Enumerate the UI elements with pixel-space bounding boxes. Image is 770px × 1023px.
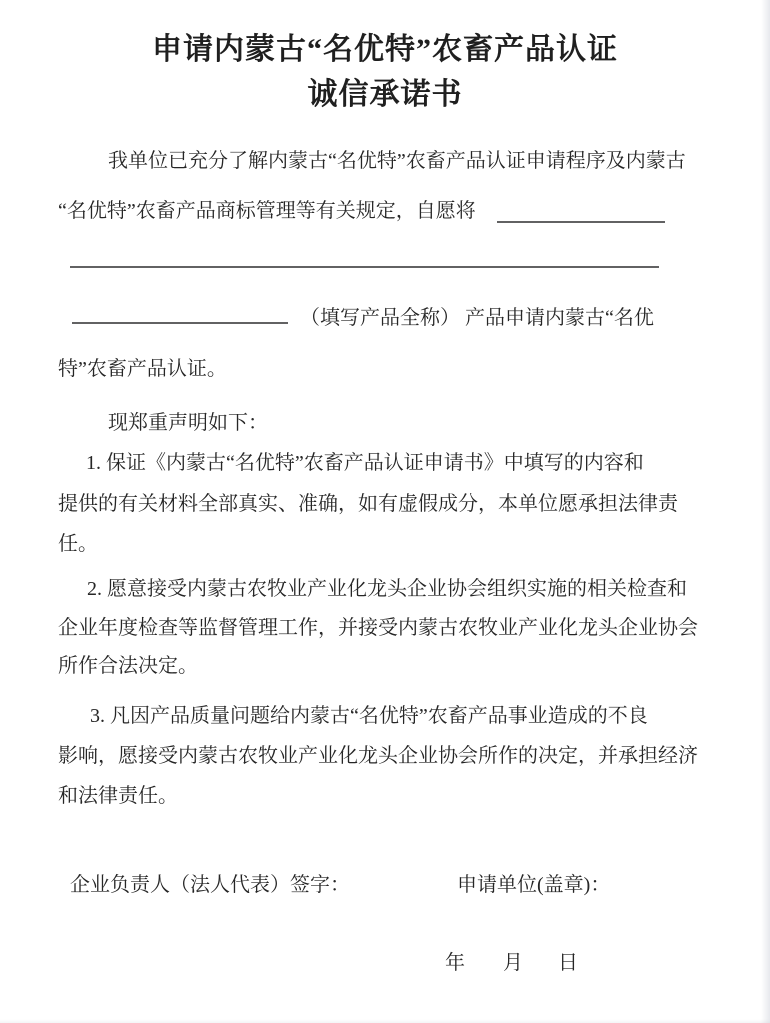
declaration-item-1-line-2: 提供的有关材料全部真实、准确，如有虚假成分，本单位愿承担法律责	[58, 491, 678, 517]
scan-edge-shadow-right	[761, 0, 770, 1023]
declaration-item-2-line-3: 所作合法决定。	[58, 653, 198, 679]
scan-edge-shadow-bottom	[0, 1019, 770, 1023]
declaration-item-3-line-3: 和法律责任。	[58, 783, 178, 809]
declaration-item-2-line-2: 企业年度检查等监督管理工作，并接受内蒙古农牧业产业化龙头企业协会	[58, 615, 698, 641]
declaration-item-1-line-1: 1. 保证《内蒙古“名优特”农畜产品认证申请书》中填写的内容和	[86, 450, 644, 476]
declaration-item-1-line-3: 任。	[58, 531, 98, 557]
declaration-heading: 现郑重声明如下：	[108, 410, 268, 436]
date-month-label: 月	[503, 950, 523, 976]
product-name-blank-line-1	[497, 221, 665, 223]
responsible-person-signature-label: 企业负责人（法人代表）签字：	[70, 872, 350, 898]
date-year-label: 年	[445, 950, 465, 976]
intro-paragraph-line-1: 我单位已充分了解内蒙古“名优特”农畜产品认证申请程序及内蒙古	[108, 148, 686, 174]
declaration-item-3-line-2: 影响，愿接受内蒙古农牧业产业化龙头企业协会所作的决定，并承担经济	[58, 743, 698, 769]
document-title-line-1: 申请内蒙古“名优特”农畜产品认证	[0, 24, 770, 68]
product-fill-note-continuation: 特”农畜产品认证。	[58, 356, 227, 382]
product-name-blank-line-2	[70, 266, 659, 268]
document-title-line-2: 诚信承诺书	[0, 69, 770, 113]
declaration-item-3-line-1: 3. 凡因产品质量问题给内蒙古“名优特”农畜产品事业造成的不良	[90, 703, 648, 729]
scanned-commitment-letter-page: 申请内蒙古“名优特”农畜产品认证 诚信承诺书 我单位已充分了解内蒙古“名优特”农…	[0, 0, 770, 1023]
date-day-label: 日	[558, 950, 578, 976]
product-name-blank-line-3	[72, 322, 288, 324]
declaration-item-2-line-1: 2. 愿意接受内蒙古农牧业产业化龙头企业协会组织实施的相关检查和	[87, 576, 687, 602]
intro-paragraph-line-2: “名优特”农畜产品商标管理等有关规定，自愿将	[58, 198, 476, 224]
product-fill-note-line: （填写产品全称） 产品申请内蒙古“名优	[300, 305, 654, 331]
applicant-unit-seal-label: 申请单位(盖章)：	[457, 872, 610, 898]
